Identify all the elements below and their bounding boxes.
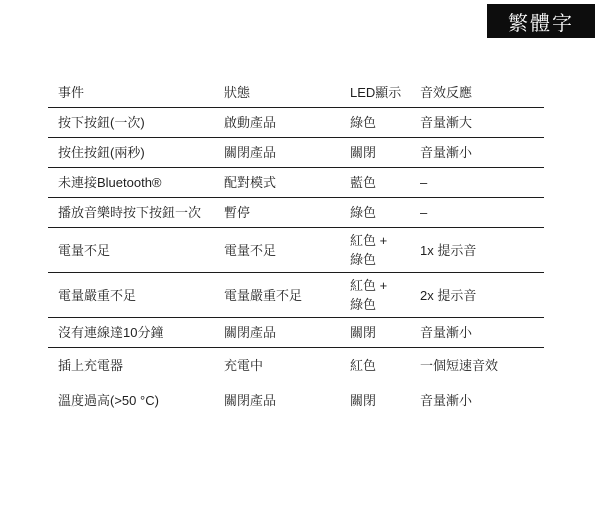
cell-state: 關閉產品 (214, 143, 340, 162)
led-line: 關閉 (350, 143, 410, 162)
table-header-row: 事件 狀態 LED顯示 音效反應 (48, 78, 544, 108)
led-line: 關閉 (350, 323, 410, 342)
cell-event: 電量嚴重不足 (48, 286, 214, 305)
cell-audio: – (410, 203, 544, 222)
cell-led: 綠色 (340, 203, 410, 222)
led-line: 綠色 (350, 250, 410, 269)
header-led: LED顯示 (340, 83, 410, 102)
table-row: 電量嚴重不足電量嚴重不足紅色 +綠色2x 提示音 (48, 273, 544, 318)
cell-audio: 2x 提示音 (410, 286, 544, 305)
cell-state: 暫停 (214, 203, 340, 222)
cell-audio: 音量漸大 (410, 113, 544, 132)
table-row: 播放音樂時按下按鈕一次暫停綠色– (48, 198, 544, 228)
cell-state: 關閉產品 (214, 323, 340, 342)
cell-state: 電量不足 (214, 241, 340, 260)
cell-event: 按下按鈕(一次) (48, 113, 214, 132)
cell-audio: – (410, 173, 544, 192)
cell-led: 關閉 (340, 391, 410, 410)
cell-audio: 1x 提示音 (410, 241, 544, 260)
led-line: 紅色 (350, 356, 410, 375)
cell-state: 啟動產品 (214, 113, 340, 132)
cell-state: 充電中 (214, 356, 340, 375)
cell-led: 紅色 (340, 356, 410, 375)
cell-led: 關閉 (340, 323, 410, 342)
cell-event: 電量不足 (48, 241, 214, 260)
table-body: 按下按鈕(一次)啟動產品綠色音量漸大按住按鈕(兩秒)關閉產品關閉音量漸小未連接B… (48, 108, 544, 418)
led-line: 綠色 (350, 295, 410, 314)
table-row: 插上充電器充電中紅色一個短速音效 (48, 348, 544, 383)
cell-led: 紅色 +綠色 (340, 276, 410, 314)
language-badge: 繁體字 (487, 4, 595, 38)
header-audio: 音效反應 (410, 83, 544, 102)
led-line: 藍色 (350, 173, 410, 192)
cell-led: 關閉 (340, 143, 410, 162)
cell-event: 插上充電器 (48, 356, 214, 375)
led-status-table: 事件 狀態 LED顯示 音效反應 按下按鈕(一次)啟動產品綠色音量漸大按住按鈕(… (48, 78, 544, 418)
led-line: 綠色 (350, 203, 410, 222)
manual-page: 繁體字 事件 狀態 LED顯示 音效反應 按下按鈕(一次)啟動產品綠色音量漸大按… (0, 0, 595, 510)
table-row: 按下按鈕(一次)啟動產品綠色音量漸大 (48, 108, 544, 138)
table-row: 未連接Bluetooth®配對模式藍色– (48, 168, 544, 198)
cell-event: 按住按鈕(兩秒) (48, 143, 214, 162)
table-row: 沒有連線達10分鐘關閉產品關閉音量漸小 (48, 318, 544, 348)
language-badge-label: 繁體字 (508, 7, 574, 36)
cell-state: 配對模式 (214, 173, 340, 192)
table-row: 溫度過高(>50 °C)關閉產品關閉音量漸小 (48, 383, 544, 418)
cell-event: 沒有連線達10分鐘 (48, 323, 214, 342)
cell-event: 播放音樂時按下按鈕一次 (48, 203, 214, 222)
cell-audio: 音量漸小 (410, 323, 544, 342)
cell-led: 紅色 +綠色 (340, 231, 410, 269)
header-event: 事件 (48, 83, 214, 102)
cell-led: 藍色 (340, 173, 410, 192)
led-line: 關閉 (350, 391, 410, 410)
cell-led: 綠色 (340, 113, 410, 132)
cell-state: 關閉產品 (214, 391, 340, 410)
cell-audio: 一個短速音效 (410, 356, 544, 375)
led-line: 綠色 (350, 113, 410, 132)
led-line: 紅色 + (350, 231, 410, 250)
header-state: 狀態 (214, 83, 340, 102)
table-row: 按住按鈕(兩秒)關閉產品關閉音量漸小 (48, 138, 544, 168)
cell-state: 電量嚴重不足 (214, 286, 340, 305)
cell-audio: 音量漸小 (410, 391, 544, 410)
table-row: 電量不足電量不足紅色 +綠色1x 提示音 (48, 228, 544, 273)
cell-event: 溫度過高(>50 °C) (48, 391, 214, 410)
cell-audio: 音量漸小 (410, 143, 544, 162)
led-line: 紅色 + (350, 276, 410, 295)
cell-event: 未連接Bluetooth® (48, 173, 214, 192)
